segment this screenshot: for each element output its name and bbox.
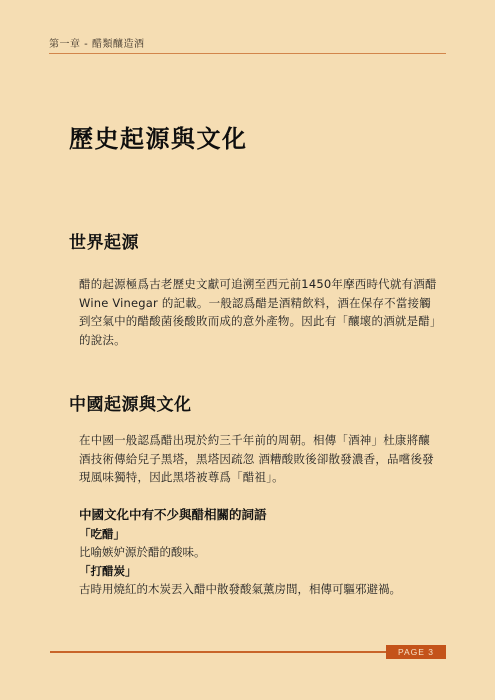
footer-divider [50, 651, 386, 653]
china-origin-paragraph: 在中國一般認爲醋出現於約三千年前的周朝。相傳「酒神」杜康將釀酒技術傳給兒子黑塔，… [79, 431, 439, 487]
running-header: 第一章 - 醋類釀造酒 [49, 38, 446, 54]
term-dacutan-description: 古時用燒紅的木炭丟入醋中散發酸氣薰房間，相傳可驅邪避禍。 [79, 580, 401, 598]
chapter-title: 第一章 - 醋類釀造酒 [49, 38, 446, 51]
page-number-badge: PAGE 3 [386, 645, 446, 659]
term-chicu: 「吃醋」 [79, 525, 125, 543]
page-title: 歷史起源與文化 [69, 122, 248, 156]
term-dacutan: 「打醋炭」 [79, 562, 137, 580]
section-heading-world-origin: 世界起源 [69, 231, 139, 255]
term-chicu-description: 比喻嫉妒源於醋的酸味。 [79, 543, 206, 561]
world-origin-paragraph: 醋的起源極爲古老歷史文獻可追溯至西元前1450年摩西時代就有酒醋Wine Vin… [79, 275, 439, 349]
related-terms-subheading: 中國文化中有不少與醋相關的詞語 [79, 506, 267, 524]
section-heading-china-origin: 中國起源與文化 [69, 393, 192, 417]
